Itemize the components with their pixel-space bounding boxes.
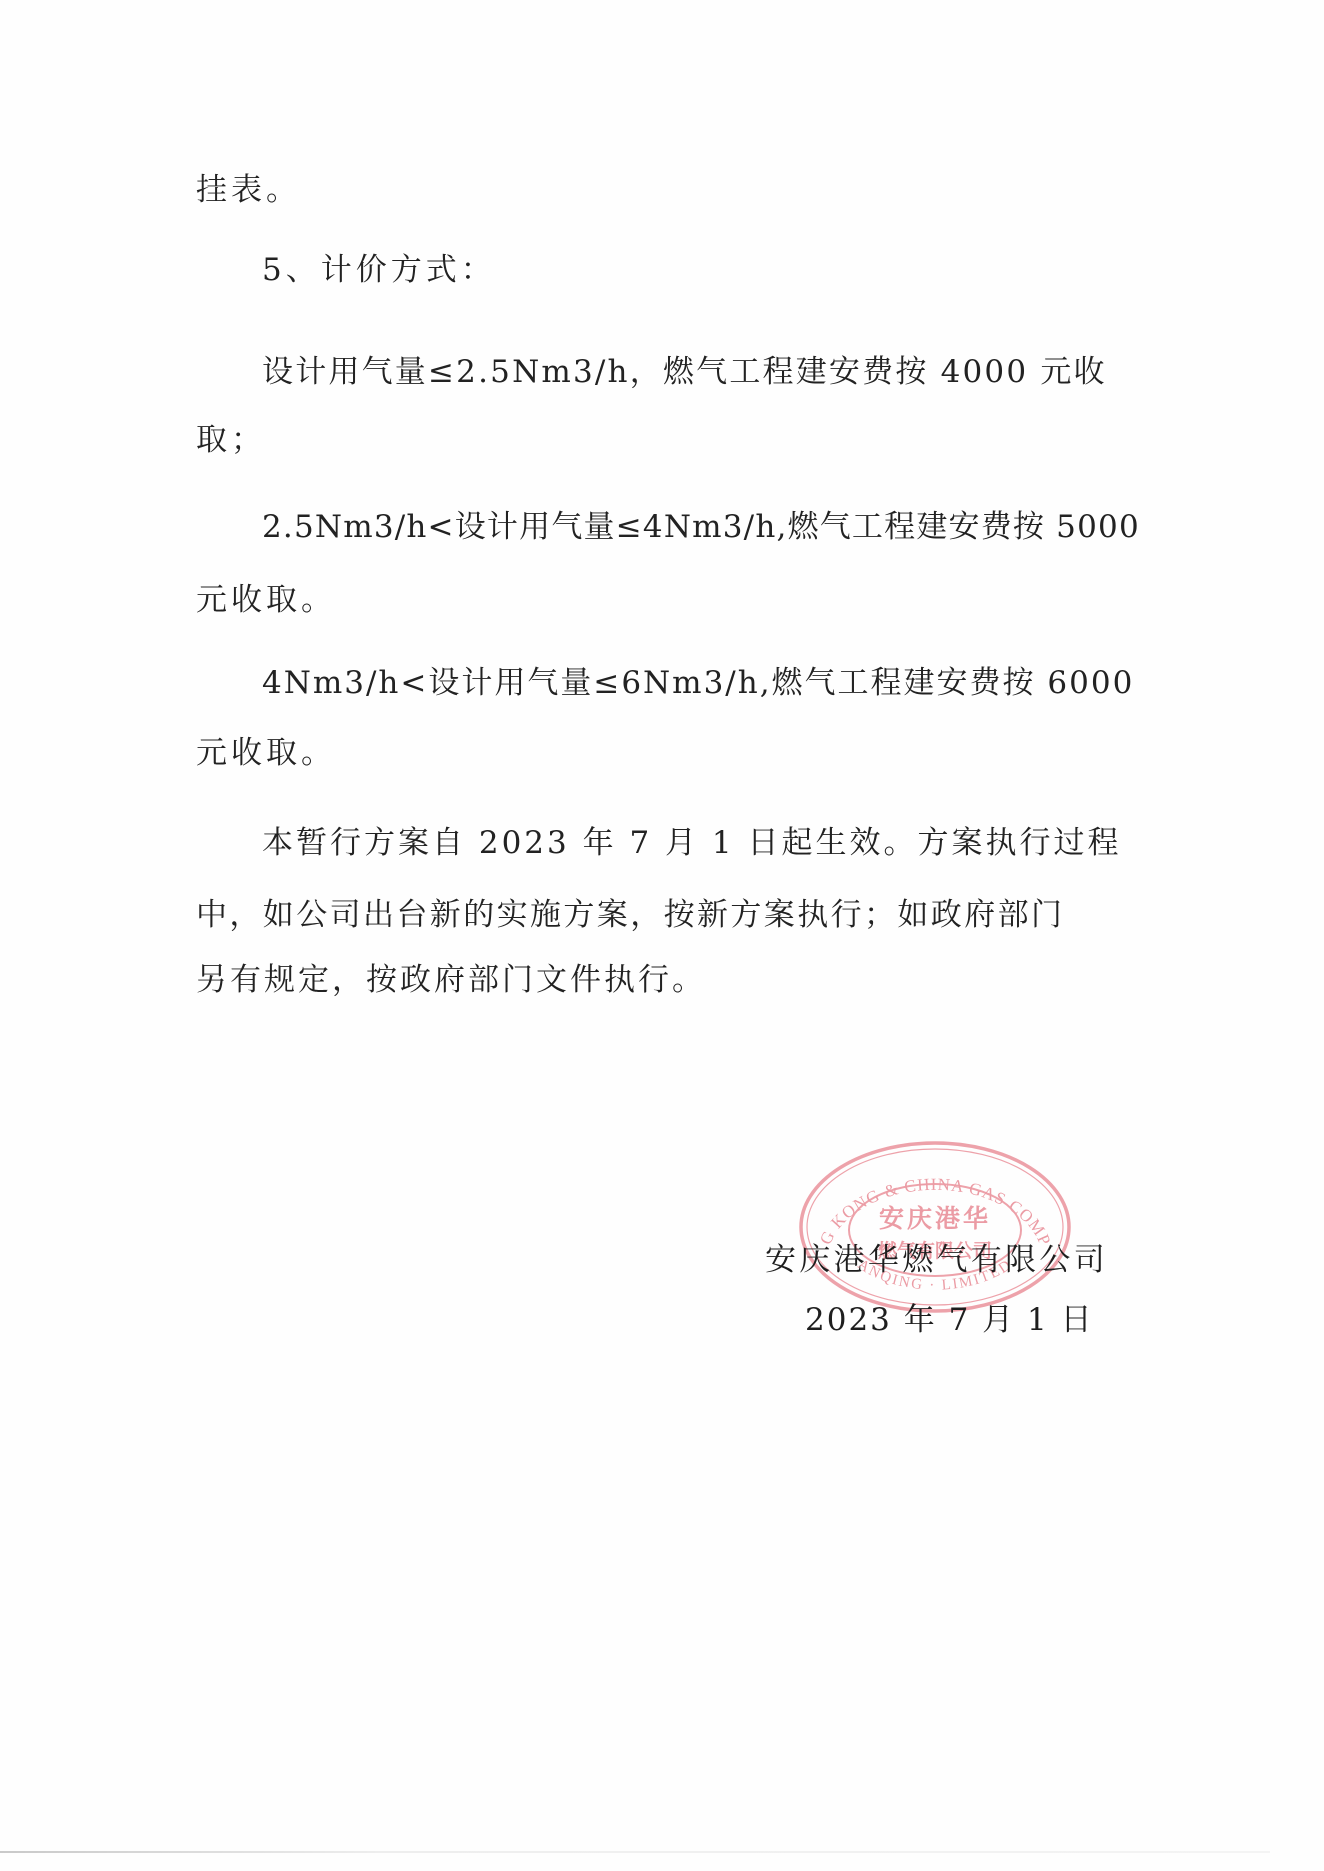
pricing-tier-3-line1: 4Nm3/h<设计用气量≤6Nm3/h,燃气工程建安费按 6000 xyxy=(262,663,1134,703)
scan-edge-line xyxy=(0,1851,1270,1853)
stamp-inner-line1: 安庆港华 xyxy=(879,1204,991,1233)
pricing-tier-2-line1: 2.5Nm3/h<设计用气量≤4Nm3/h,燃气工程建安费按 5000 xyxy=(262,507,1140,547)
pricing-tier-2-line2: 元收取。 xyxy=(196,580,336,620)
pricing-tier-1-line1: 设计用气量≤2.5Nm3/h，燃气工程建安费按 4000 元收 xyxy=(262,352,1107,392)
company-seal-icon: HONG KONG & CHINA GAS COMPANY ANQING · L… xyxy=(795,1135,1075,1315)
signature-company: 安庆港华燃气有限公司 xyxy=(765,1240,1108,1280)
effective-paragraph-line2: 中，如公司出台新的实施方案，按新方案执行；如政府部门 xyxy=(196,895,1064,935)
effective-paragraph-line1: 本暂行方案自 2023 年 7 月 1 日起生效。方案执行过程 xyxy=(262,823,1121,863)
signature-date: 2023 年 7 月 1 日 xyxy=(805,1300,1094,1340)
pricing-tier-3-line2: 元收取。 xyxy=(196,733,336,773)
document-page: 挂表。 5、计价方式： 设计用气量≤2.5Nm3/h，燃气工程建安费按 4000… xyxy=(0,0,1324,1871)
section-heading: 5、计价方式： xyxy=(262,250,496,290)
pricing-tier-1-line2: 取； xyxy=(196,420,266,460)
effective-paragraph-line3: 另有规定，按政府部门文件执行。 xyxy=(196,960,706,1000)
continuation-text: 挂表。 xyxy=(196,170,301,210)
